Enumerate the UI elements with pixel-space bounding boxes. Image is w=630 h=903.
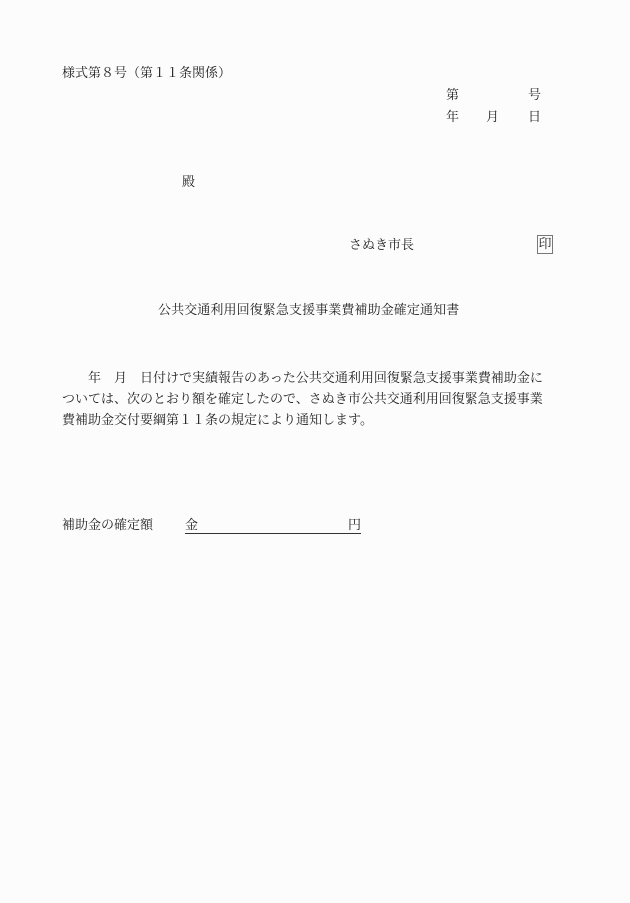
amount-label: 補助金の確定額 — [62, 519, 153, 532]
body-line-3: 費補助金交付要綱第１１条の規定により通知します。 — [62, 410, 582, 431]
document-title: 公共交通利用回復緊急支援事業費補助金確定通知書 — [158, 304, 459, 317]
seal-icon: 印 — [538, 238, 551, 251]
doc-number-prefix: 第 — [446, 89, 459, 102]
form-number: 様式第８号（第１１条関係） — [62, 67, 231, 80]
amount-field: 金 円 — [185, 517, 361, 534]
body-line-2: ついては、次のとおり額を確定したので、さぬき市公共交通利用回復緊急支援事業 — [62, 389, 582, 410]
amount-suffix: 円 — [348, 519, 361, 532]
date-year: 年 — [446, 111, 459, 124]
date-day: 日 — [528, 111, 541, 124]
body-line-1: 年 月 日付けで実績報告のあった公共交通利用回復緊急支援事業費補助金に — [62, 368, 582, 389]
doc-number-suffix: 号 — [528, 89, 541, 102]
seal-box: 印 — [537, 235, 553, 254]
issuer-name: さぬき市長 — [349, 239, 414, 252]
date-month: 月 — [486, 111, 499, 124]
addressee-honorific: 殿 — [182, 176, 195, 189]
notice-body: 年 月 日付けで実績報告のあった公共交通利用回復緊急支援事業費補助金に ついては… — [62, 368, 582, 431]
amount-prefix: 金 — [185, 519, 198, 532]
